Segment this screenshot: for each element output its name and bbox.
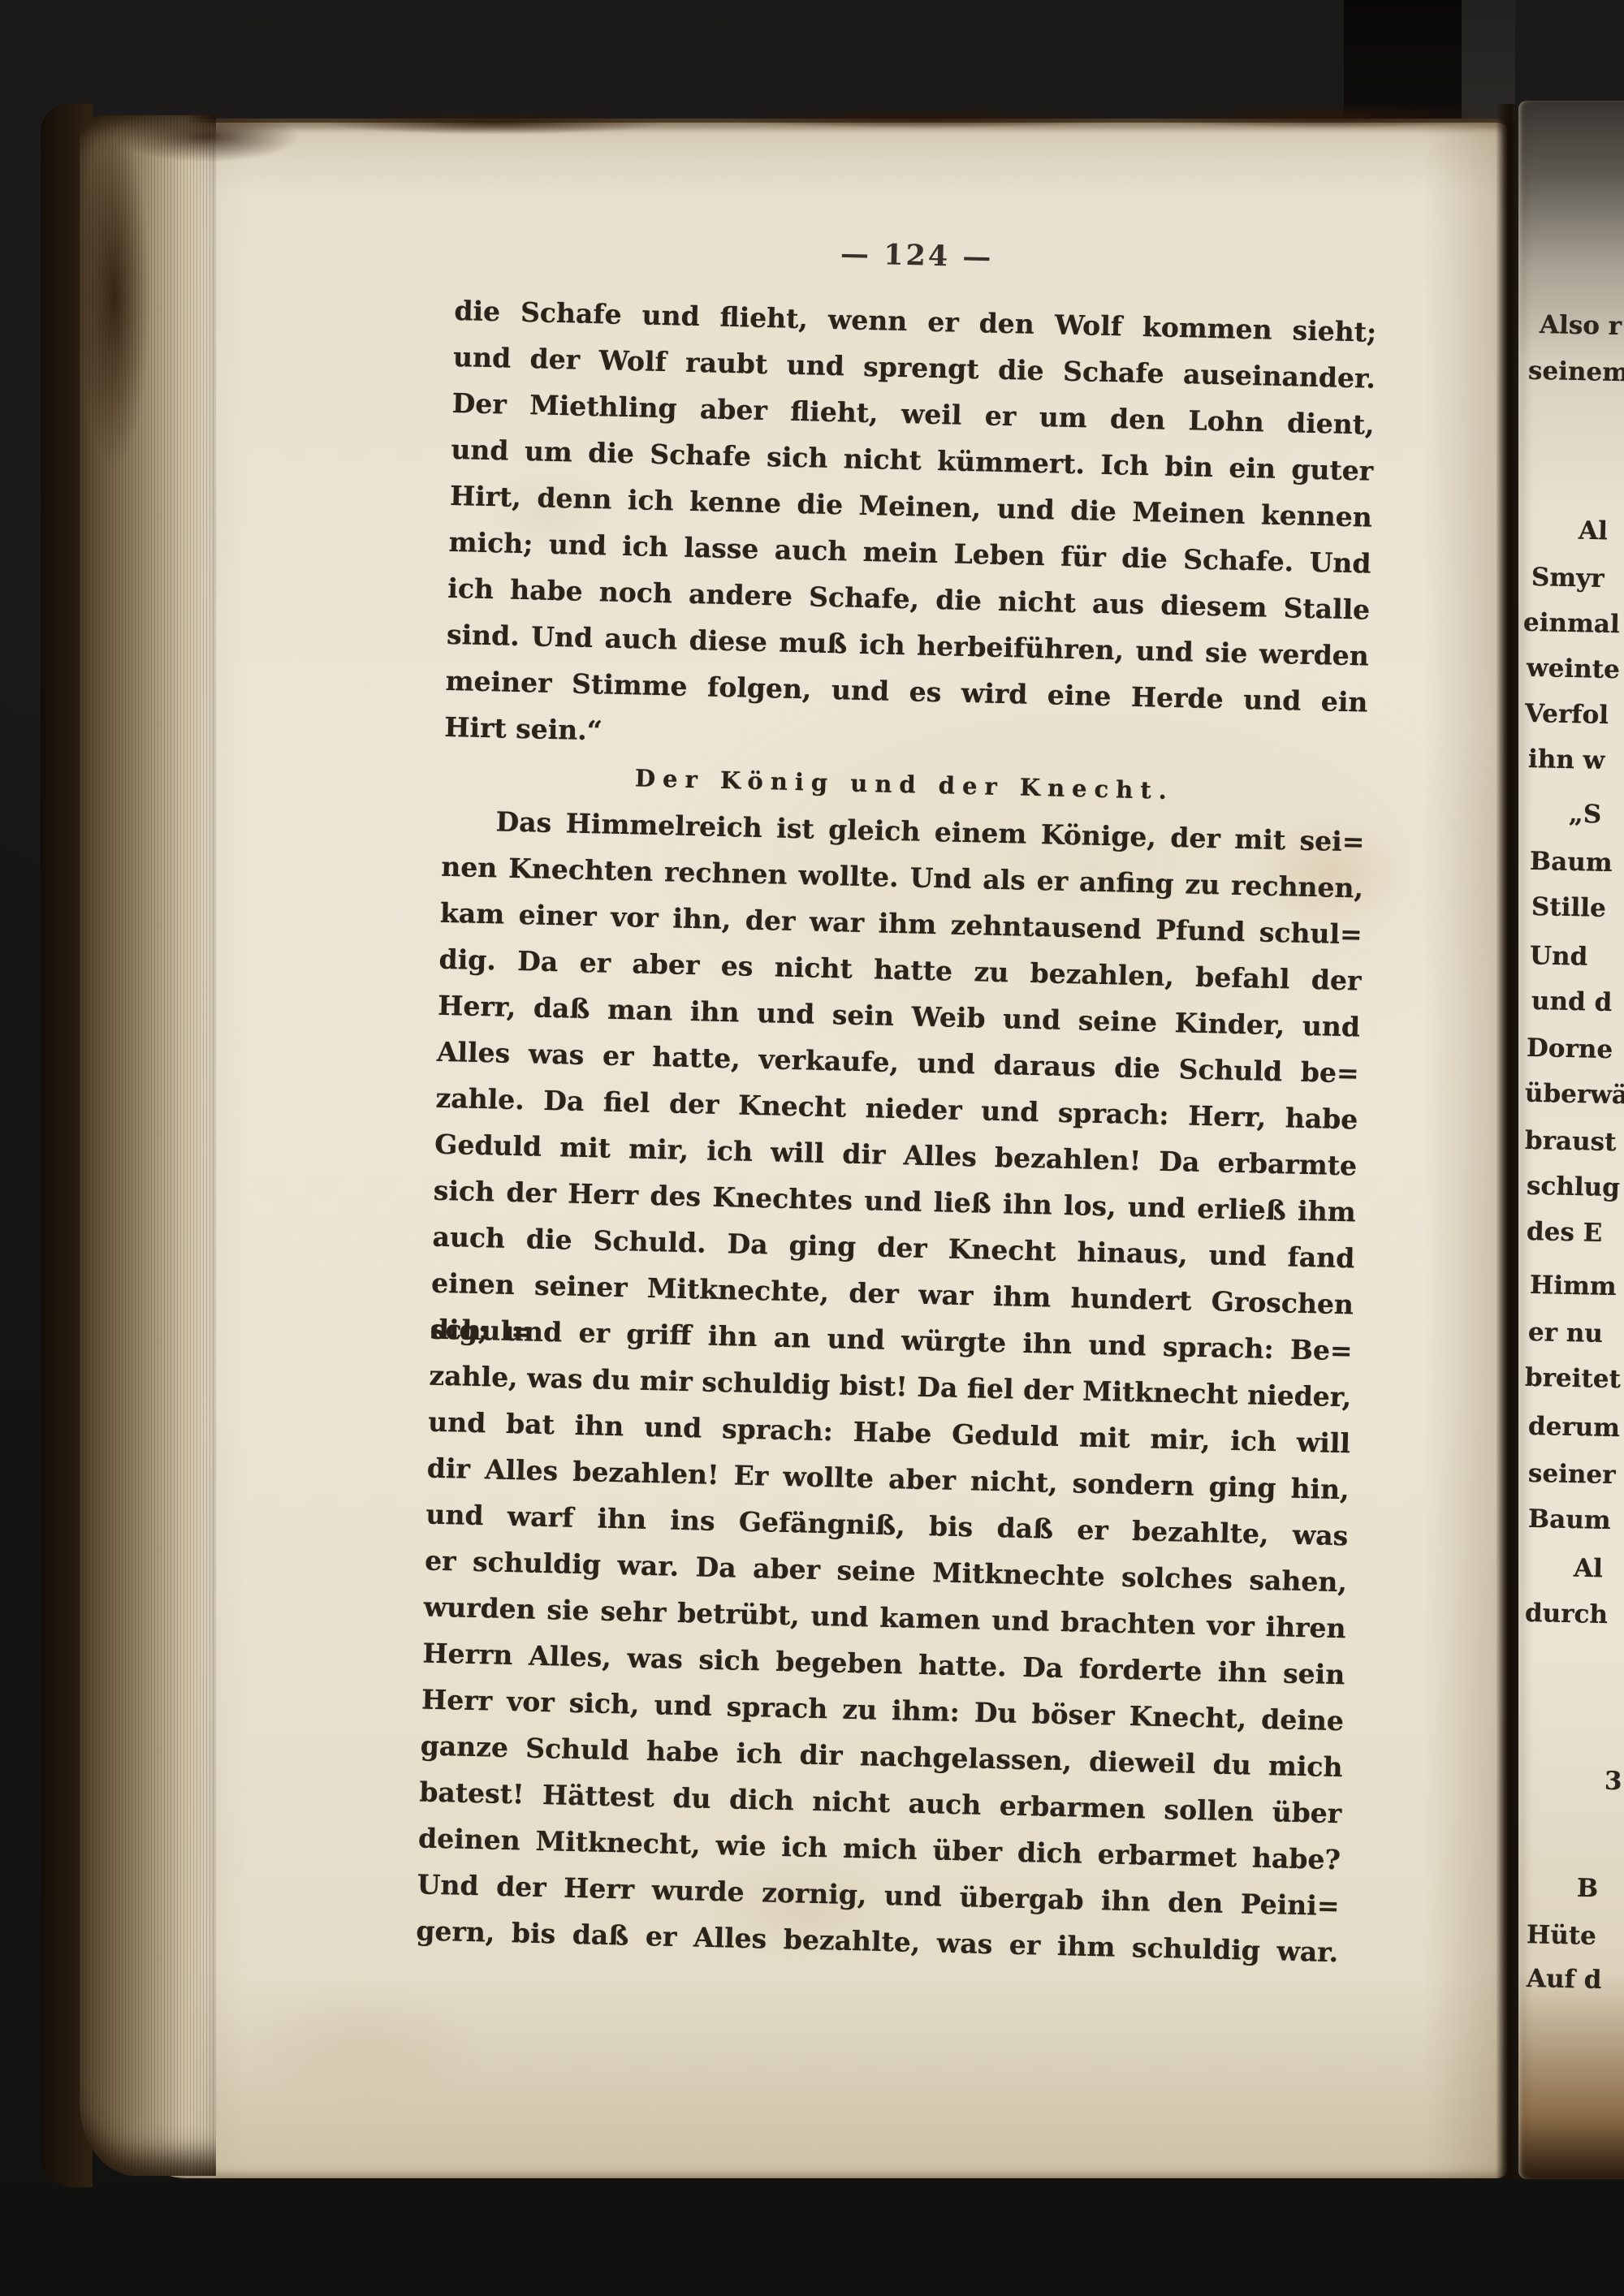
text-fragment: schlug [1527, 1172, 1621, 1202]
text-fragment: breitet [1525, 1363, 1622, 1394]
text-fragment: Auf d [1527, 1964, 1602, 1995]
text-fragment: Smyr [1531, 563, 1605, 593]
text-fragment: des E [1527, 1217, 1603, 1248]
shepherd-paragraph: die Schafe und flieht, wenn er den Wolf … [444, 287, 1377, 772]
text-fragment: einmal [1523, 608, 1620, 639]
text-fragment: Also r [1540, 310, 1622, 341]
right-page-sliver: Also rseinemAlSmyreinmalweinteVerfolihn … [1518, 101, 1624, 2179]
text-fragment: seinem [1528, 356, 1624, 388]
text-fragment: durch [1525, 1599, 1609, 1629]
text-fragment: und d [1531, 986, 1613, 1017]
text-fragment: seiner [1528, 1459, 1616, 1490]
text-fragment: Hüte [1527, 1920, 1597, 1951]
text-fragment: Verfol [1525, 699, 1609, 730]
text-fragment: braust [1525, 1126, 1617, 1157]
text-fragment: Himm [1530, 1271, 1617, 1301]
burn-mark [78, 122, 151, 471]
text-fragment: Al [1579, 516, 1609, 546]
left-page-text: — 124 — die Schafe und flieht, wenn er d… [416, 224, 1379, 1975]
text-fragment: B [1577, 1874, 1599, 1904]
stain [244, 1981, 487, 2111]
book-photo: { "left_page": { "page_number": "124", "… [0, 0, 1624, 2296]
text-fragment: derum [1528, 1412, 1621, 1443]
text-fragment: Stille [1531, 892, 1606, 923]
text-fragment: er nu [1528, 1318, 1604, 1349]
text-fragment: Dorne [1527, 1034, 1613, 1064]
text-fragment: weinte [1527, 654, 1621, 684]
king-servant-paragraph: Das Himmelreich ist gleich einem Könige,… [416, 797, 1365, 1975]
text-fragment: Baum [1528, 1504, 1611, 1535]
burn-mark [325, 110, 666, 135]
text-fragment: ihn w [1528, 744, 1605, 775]
burn-mark [715, 107, 1137, 128]
text-fragment: überwä [1525, 1079, 1624, 1111]
text-fragment: Und [1530, 941, 1588, 971]
text-fragment: Al [1574, 1554, 1604, 1584]
text-fragment: Baum [1530, 847, 1613, 878]
burn-mark [1137, 104, 1518, 128]
text-fragment: 3 [1605, 1767, 1622, 1796]
text-fragment: „S [1569, 800, 1602, 830]
